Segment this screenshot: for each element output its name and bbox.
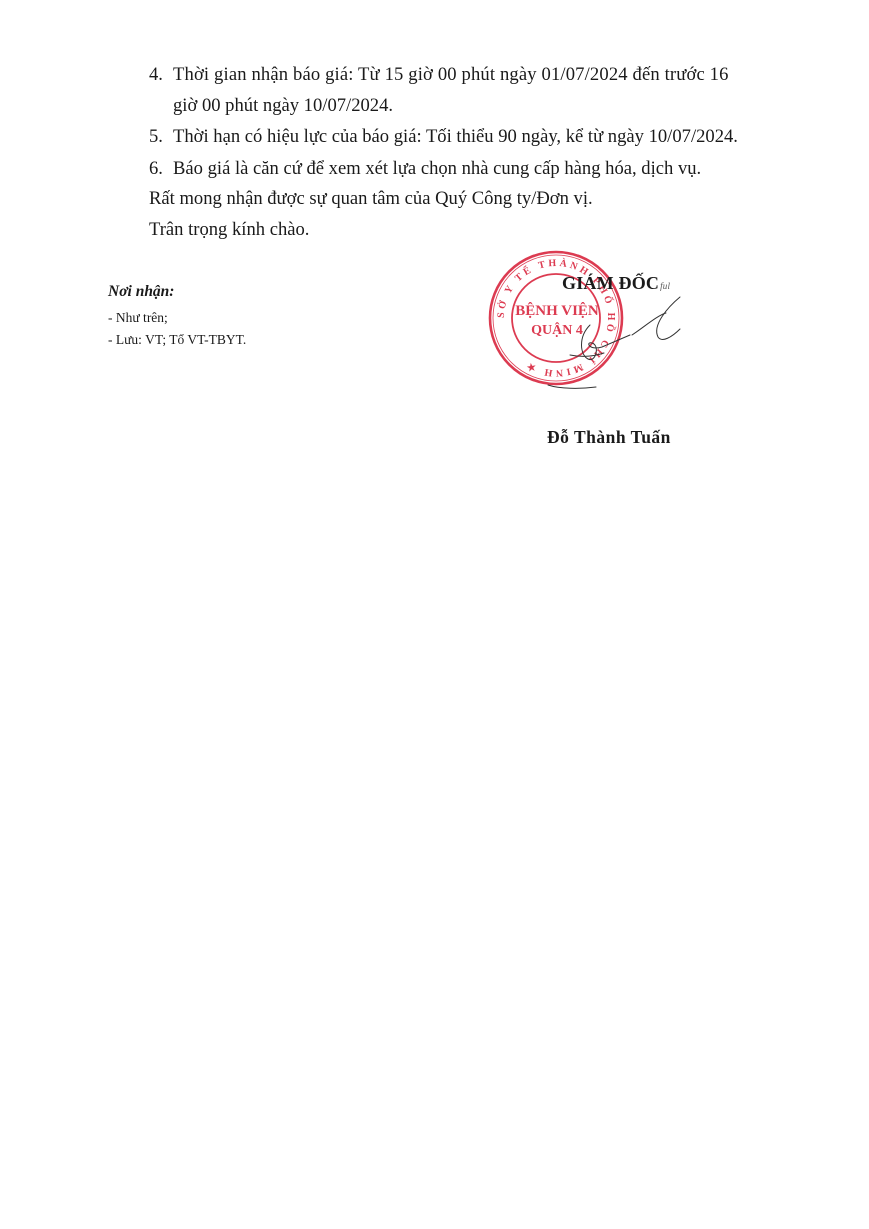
- closing-greeting: Trân trọng kính chào.: [149, 221, 309, 240]
- list-item-text: Báo giá là căn cứ để xem xét lựa chọn nh…: [173, 158, 701, 179]
- recipient-item: - Lưu: VT; Tổ VT-TBYT.: [108, 332, 246, 348]
- signer-name: Đỗ Thành Tuấn: [547, 427, 671, 448]
- recipient-item: - Như trên;: [108, 310, 168, 326]
- list-item-5: 5.Thời hạn có hiệu lực của báo giá: Tối …: [149, 128, 738, 147]
- recipients-title: Nơi nhận:: [108, 283, 174, 301]
- list-item-number: 6.: [149, 160, 173, 179]
- handwritten-signature-icon: [540, 285, 700, 395]
- list-item-text: Thời gian nhận báo giá: Từ 15 giờ 00 phú…: [173, 64, 729, 85]
- list-item-6: 6.Báo giá là căn cứ để xem xét lựa chọn …: [149, 160, 701, 179]
- list-item-4-continuation: giờ 00 phút ngày 10/07/2024.: [173, 97, 393, 116]
- list-item-number: 4.: [149, 66, 173, 85]
- list-item-number: 5.: [149, 128, 173, 147]
- list-item-text: Thời hạn có hiệu lực của báo giá: Tối th…: [173, 126, 738, 147]
- closing-request: Rất mong nhận được sự quan tâm của Quý C…: [149, 190, 593, 209]
- list-item-4: 4.Thời gian nhận báo giá: Từ 15 giờ 00 p…: [149, 66, 729, 85]
